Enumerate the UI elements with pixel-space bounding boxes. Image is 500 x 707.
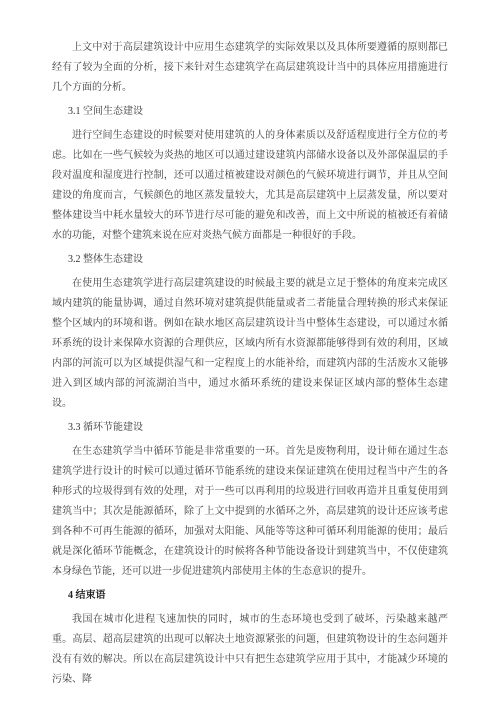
heading-section-4-conclusion: 4 结束语 — [52, 586, 448, 606]
heading-section-3-1: 3.1 空间生态建设 — [52, 102, 448, 122]
document-page: 上文中对于高层建筑设计中应用生态建筑学的实际效果以及具体所要遵循的原则都已经有了… — [0, 0, 500, 707]
paragraph-intro: 上文中对于高层建筑设计中应用生态建筑学的实际效果以及具体所要遵循的原则都已经有了… — [52, 38, 448, 98]
paragraph-overall-eco: 在使用生态建筑学进行高层建筑建设的时候最主要的就是立足于整体的角度来完成区域内建… — [52, 274, 448, 414]
heading-section-3-3: 3.3 循环节能建设 — [52, 418, 448, 438]
heading-section-3-2: 3.2 整体生态建设 — [52, 250, 448, 270]
paragraph-recycle-energy: 在生态建筑学当中循环节能是非常重要的一环。首先是废物利用，设计师在通过生态建筑学… — [52, 442, 448, 582]
paragraph-conclusion: 我国在城市化进程飞速加快的同时，城市的生态环境也受到了破坏，污染越来越严重。高层… — [52, 610, 448, 690]
paragraph-space-eco: 进行空间生态建设的时候要对使用建筑的人的身体素质以及舒适程度进行全方位的考虑。比… — [52, 126, 448, 246]
